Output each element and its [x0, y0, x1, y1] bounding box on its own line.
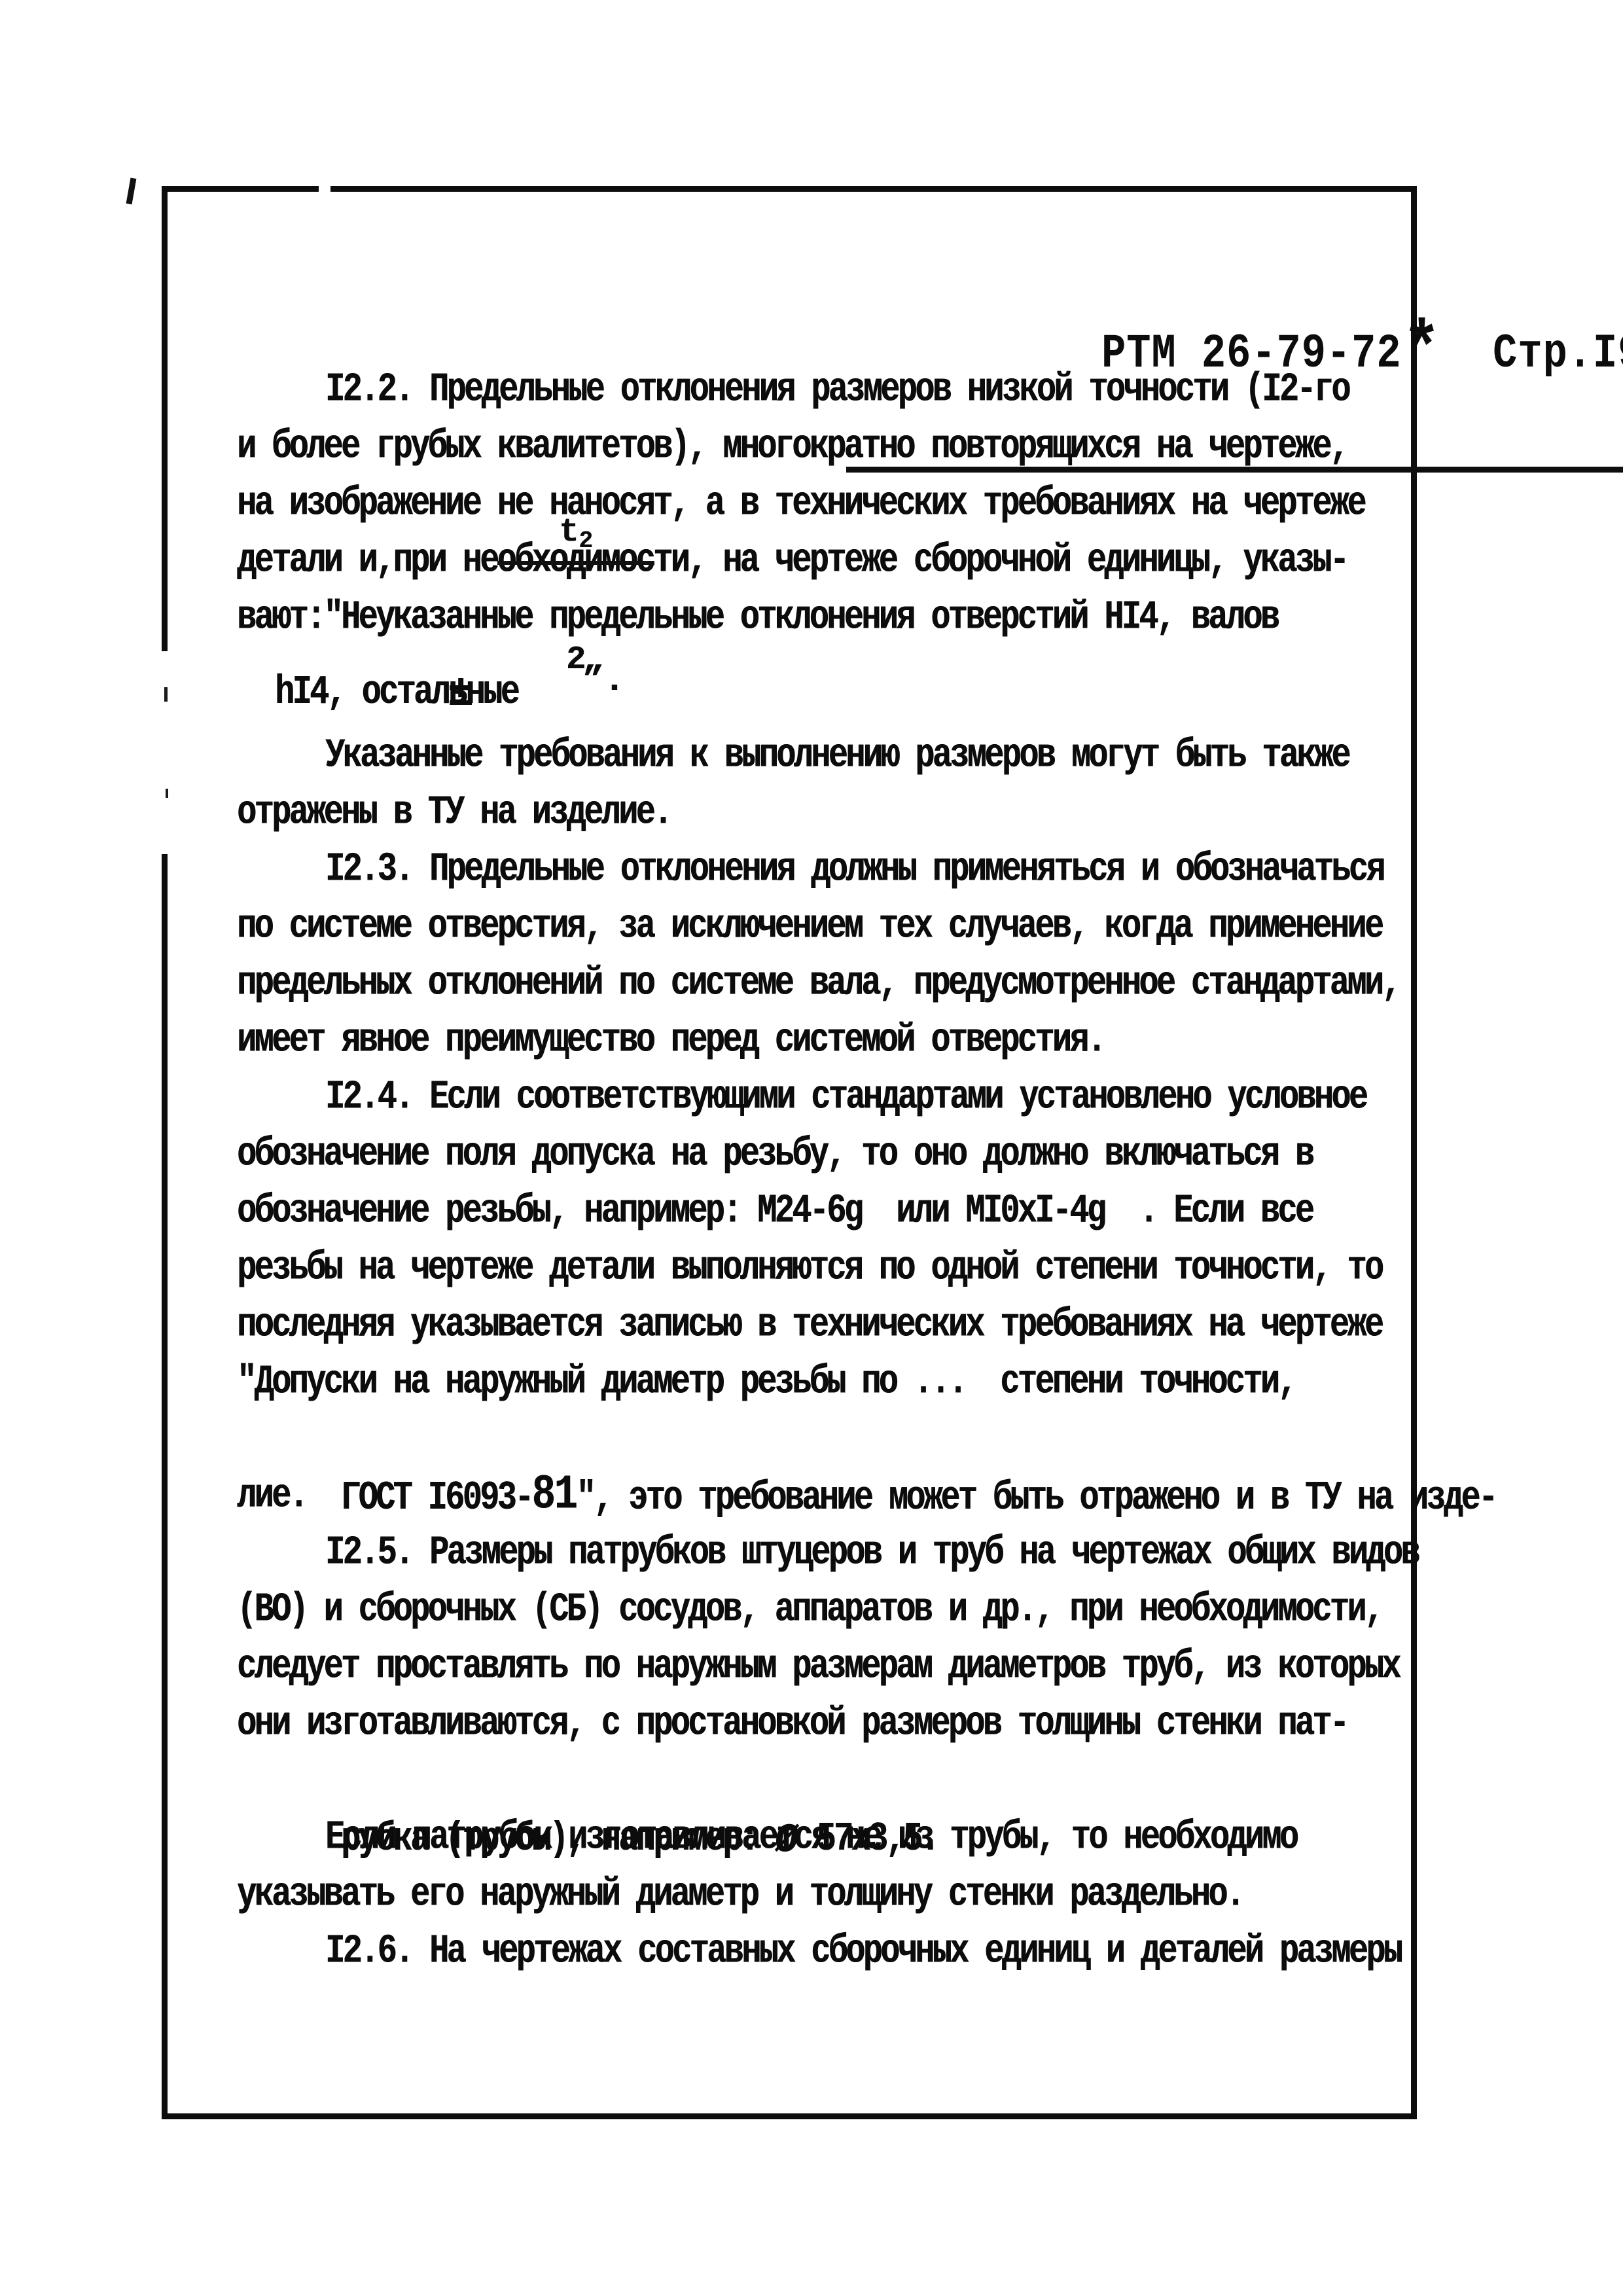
text-line: I2.6. На чертежах составных сборочных ед… [237, 1926, 1421, 1982]
scan-speck [166, 789, 168, 798]
gost-pre: ГОСТ I6093- [341, 1475, 532, 1522]
plus-minus-sign: ± [448, 669, 474, 718]
closing-quote: ”. [582, 661, 625, 701]
scan-artifact-mark [126, 178, 137, 205]
document-page: РТМ 26-79-72*Стр.I9 I2.2. Предельные отк… [0, 0, 1623, 2296]
text-line: вают:"Неуказанные предельные отклонения … [237, 592, 1421, 649]
body-text: I2.2. Предельные отклонения размеров низ… [237, 364, 1421, 1982]
fraction: t2 2 [497, 440, 654, 753]
text-line: они изготавливаются, с простановкой разм… [237, 1698, 1421, 1755]
tolerance-formula-line: hI4, остальные ± t2 2 ”. [237, 649, 1421, 730]
page-number: Стр.I9 [1493, 327, 1623, 382]
scan-speck [164, 687, 168, 702]
fraction-denominator: 2 [497, 639, 654, 679]
formula-lead-text: hI4, остальные [275, 670, 518, 716]
gost-reference-line: ГОСТ I6093-81", это требование может быт… [237, 1413, 1421, 1470]
text-line: "Допуски на наружный диаметр резьбы по .… [237, 1356, 1421, 1413]
gost-post: ", это требование может быть отражено и … [577, 1475, 1496, 1522]
frame-break-left [158, 651, 171, 854]
handwritten-correction: 81 [532, 1468, 577, 1523]
fraction-numerator: t2 [497, 514, 654, 565]
frame-break-top [319, 183, 330, 196]
